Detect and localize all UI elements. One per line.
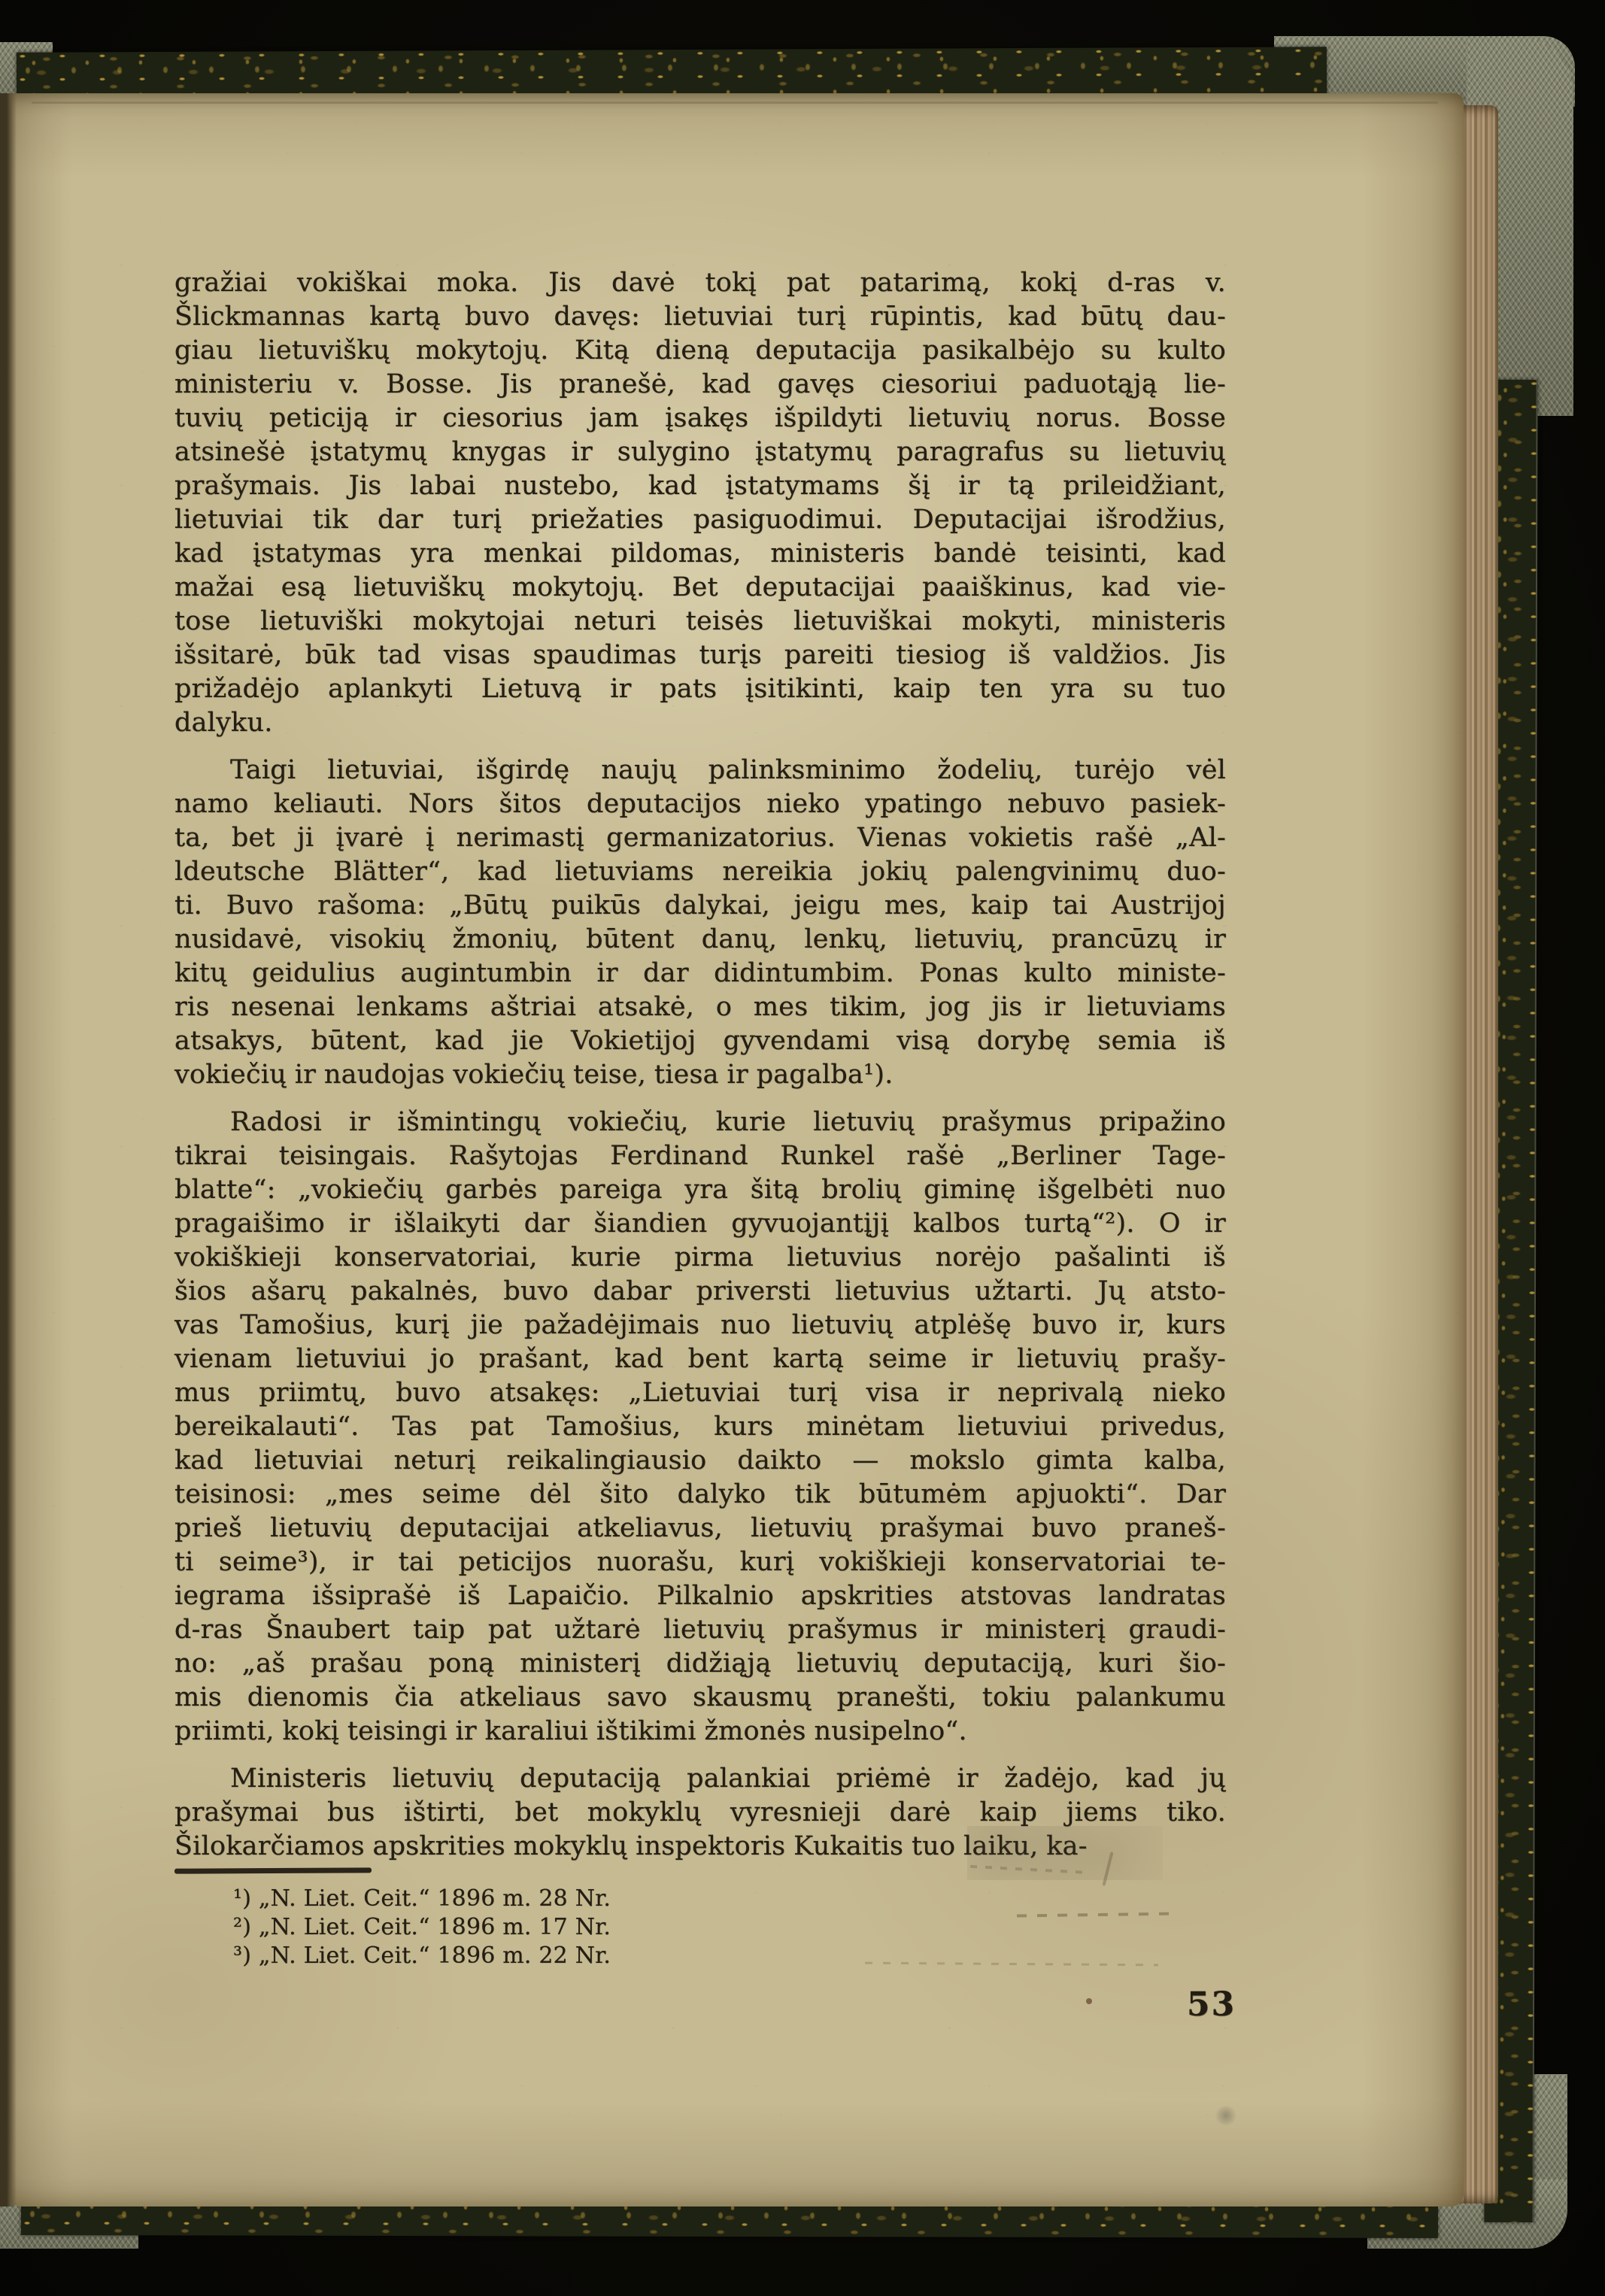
text-line: vokiškieji konservatoriai, kurie pirma l… bbox=[174, 1241, 1226, 1275]
text-line: ¹) „N. Liet. Ceit.“ 1896 m. 28 Nr. bbox=[174, 1885, 1226, 1913]
text-line: kad įstatymas yra menkai pildomas, minis… bbox=[174, 537, 1226, 571]
paragraph: Taigi lietuviai, išgirdę naujų palinksmi… bbox=[174, 754, 1226, 1092]
grey-smudge bbox=[1214, 2106, 1238, 2125]
text-line: ti. Buvo rašoma: „Būtų puikūs dalykai, j… bbox=[174, 889, 1226, 923]
text-line: pragaišimo ir išlaikyti dar šiandien gyv… bbox=[174, 1207, 1226, 1241]
text-line: mis dienomis čia atkeliaus savo skausmų … bbox=[174, 1681, 1226, 1715]
text-line: teisinosi: „mes seime dėl šito dalyko ti… bbox=[174, 1478, 1226, 1512]
text-line: Radosi ir išmintingų vokiečių, kurie lie… bbox=[174, 1106, 1226, 1139]
text-line: ³) „N. Liet. Ceit.“ 1896 m. 22 Nr. bbox=[174, 1942, 1226, 1970]
text-line: ti seime³), ir tai peticijos nuorašu, ku… bbox=[174, 1545, 1226, 1579]
text-line: ministeriu v. Bosse. Jis pranešė, kad ga… bbox=[174, 368, 1226, 402]
text-line: atsakys, būtent, kad jie Vokietijoj gyve… bbox=[174, 1024, 1226, 1058]
text-line: tose lietuviški mokytojai neturi teisės … bbox=[174, 605, 1226, 638]
text-line: mažai esą lietuviškų mokytojų. Bet deput… bbox=[174, 571, 1226, 605]
text-line: vienam lietuviui jo prašant, kad bent ka… bbox=[174, 1342, 1226, 1376]
text-line: namo keliauti. Nors šitos deputacijos ni… bbox=[174, 787, 1226, 821]
text-line: ldeutsche Blätter“, kad lietuviams nerei… bbox=[174, 855, 1226, 889]
footnotes: ¹) „N. Liet. Ceit.“ 1896 m. 28 Nr.²) „N.… bbox=[174, 1885, 1226, 1970]
text-line: prašymais. Jis labai nustebo, kad įstaty… bbox=[174, 469, 1226, 503]
text-line: ris nesenai lenkams aštriai atsakė, o me… bbox=[174, 990, 1226, 1024]
ink-stain-dot bbox=[1086, 1998, 1092, 2004]
text-line: tikrai teisingais. Rašytojas Ferdinand R… bbox=[174, 1139, 1226, 1173]
text-line: kitų geidulius augintumbin ir dar didint… bbox=[174, 957, 1226, 990]
book-page: gražiai vokiškai moka. Jis davė tokį pat… bbox=[0, 93, 1464, 2207]
scanned-book-page-photo: gražiai vokiškai moka. Jis davė tokį pat… bbox=[0, 0, 1605, 2296]
text-line: kad lietuviai neturį reikalingiausio dai… bbox=[174, 1444, 1226, 1478]
text-line: priimti, kokį teisingi ir karaliui ištik… bbox=[174, 1715, 1226, 1749]
text-line: Ministeris lietuvių deputaciją palankiai… bbox=[174, 1762, 1226, 1796]
text-line: no: „aš prašau poną ministerį didžiąją l… bbox=[174, 1647, 1226, 1681]
text-line: nusidavė, visokių žmonių, būtent danų, l… bbox=[174, 923, 1226, 957]
text-line: atsinešė įstatymų knygas ir sulygino įst… bbox=[174, 435, 1226, 469]
text-line: prieš lietuvių deputacijai atkeliavus, l… bbox=[174, 1512, 1226, 1545]
text-line: iegrama išsiprašė iš Lapaičio. Pilkalnio… bbox=[174, 1579, 1226, 1613]
binding-gutter-shadow bbox=[0, 93, 17, 2207]
text-line: tuvių peticiją ir ciesorius jam įsakęs i… bbox=[174, 402, 1226, 435]
text-line: šios ašarų pakalnės, buvo dabar priverst… bbox=[174, 1275, 1226, 1309]
text-line: išsitarė, būk tad visas spaudimas turįs … bbox=[174, 638, 1226, 672]
text-line: prašymai bus ištirti, bet mokyklų vyresn… bbox=[174, 1796, 1226, 1830]
text-line: gražiai vokiškai moka. Jis davė tokį pat… bbox=[174, 266, 1226, 300]
text-line: blatte“: „vokiečių garbės pareiga yra ši… bbox=[174, 1173, 1226, 1207]
text-line: mus priimtų, buvo atsakęs: „Lietuviai tu… bbox=[174, 1376, 1226, 1410]
text-line: ²) „N. Liet. Ceit.“ 1896 m. 17 Nr. bbox=[174, 1913, 1226, 1942]
paragraph: Radosi ir išmintingų vokiečių, kurie lie… bbox=[174, 1106, 1226, 1749]
text-line: vokiečių ir naudojas vokiečių teise, tie… bbox=[174, 1058, 1226, 1092]
paragraph: gražiai vokiškai moka. Jis davė tokį pat… bbox=[174, 266, 1226, 740]
text-line: Taigi lietuviai, išgirdę naujų palinksmi… bbox=[174, 754, 1226, 787]
page-number: 53 bbox=[1187, 1985, 1236, 2024]
text-block: gražiai vokiškai moka. Jis davė tokį pat… bbox=[174, 266, 1226, 1864]
text-line: dalyku. bbox=[174, 706, 1226, 740]
text-line: bereikalauti“. Tas pat Tamošius, kurs mi… bbox=[174, 1410, 1226, 1444]
text-line: lietuviai tik dar turį priežaties pasigu… bbox=[174, 503, 1226, 537]
text-line: ta, bet ji įvarė į nerimastį germanizato… bbox=[174, 821, 1226, 855]
text-line: Šlickmannas kartą buvo davęs: lietuviai … bbox=[174, 300, 1226, 334]
page-edge-shadow-line bbox=[32, 102, 1438, 104]
text-line: giau lietuviškų mokytojų. Kitą dieną dep… bbox=[174, 334, 1226, 368]
footnote-separator-rule bbox=[174, 1867, 372, 1873]
text-line: d-ras Šnaubert taip pat užtarė lietuvių … bbox=[174, 1613, 1226, 1647]
text-line: prižadėjo aplankyti Lietuvą ir pats įsit… bbox=[174, 672, 1226, 706]
text-line: vas Tamošius, kurį jie pažadėjimais nuo … bbox=[174, 1309, 1226, 1342]
